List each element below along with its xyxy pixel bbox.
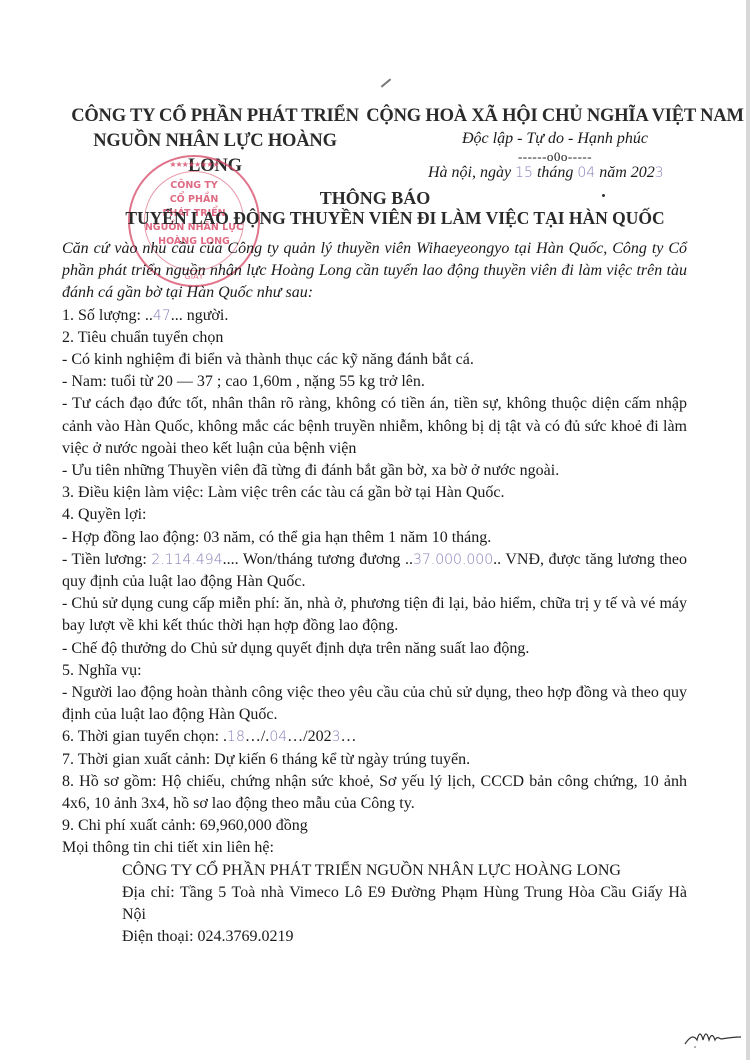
benefit-contract: - Hợp đồng lao động: 03 năm, có thể gia … xyxy=(62,527,687,549)
notice-subtitle: TUYỂN LAO ĐỘNG THUYỀN VIÊN ĐI LÀM VIỆC T… xyxy=(20,208,750,229)
contact-intro: Mọi thông tin chi tiết xin liên hệ: xyxy=(62,837,687,859)
selection-day-handwritten: 18 xyxy=(227,729,245,745)
date-month-handwritten: 04 xyxy=(577,165,595,181)
section-departure-cost: 9. Chi phí xuất cảnh: 69,960,000 đồng xyxy=(62,815,687,837)
section-working-conditions: 3. Điều kiện làm việc: Làm việc trên các… xyxy=(62,482,687,504)
section-selection-date: 6. Thời gian tuyển chọn: .18…/.04…/2023… xyxy=(62,726,687,748)
section-departure-time: 7. Thời gian xuất cảnh: Dự kiến 6 tháng … xyxy=(62,749,687,771)
signature-mark xyxy=(683,1028,743,1048)
contact-address: Địa chỉ: Tầng 5 Toà nhà Vimeco Lô E9 Đườ… xyxy=(62,882,687,926)
salary-vnd-handwritten: 37.000.000 xyxy=(413,552,493,568)
header-separator: ------o0o----- xyxy=(360,149,750,165)
date-month-label: tháng xyxy=(533,164,577,181)
salary-won-handwritten: 2.114.494 xyxy=(151,552,222,568)
benefit-salary: - Tiền lương: 2.114.494.... Won/tháng tư… xyxy=(62,549,687,593)
salary-mid: .... Won/tháng tương đương .. xyxy=(223,551,413,568)
national-header: CỘNG HOÀ XÃ HỘI CHỦ NGHĨA VIỆT NAM Độc l… xyxy=(360,104,750,165)
nation-title: CỘNG HOÀ XÃ HỘI CHỦ NGHĨA VIỆT NAM xyxy=(360,104,750,129)
obligation-item: - Người lao động hoàn thành công việc th… xyxy=(62,682,687,726)
quantity-suffix: ... người. xyxy=(171,307,229,324)
selection-year-handwritten: 3 xyxy=(332,729,341,745)
criteria-item: - Có kinh nghiệm đi biển và thành thục c… xyxy=(62,349,687,371)
date-sep: …/202 xyxy=(287,728,331,745)
contact-company: CÔNG TY CỔ PHẦN PHÁT TRIỂN NGUỒN NHÂN LỰ… xyxy=(62,860,687,882)
notice-body: Căn cứ vào nhu cầu của Công ty quản lý t… xyxy=(62,238,687,949)
national-motto: Độc lập - Tự do - Hạnh phúc xyxy=(360,129,750,149)
stamp-stars: ★★★★★★★★ xyxy=(130,160,258,169)
selection-month-handwritten: 04 xyxy=(269,729,287,745)
criteria-item: - Nam: tuổi từ 20 — 37 ; cao 1,60m , nặn… xyxy=(62,371,687,393)
salary-label: - Tiền lương: xyxy=(62,551,151,568)
contact-phone: Điện thoại: 024.3769.0219 xyxy=(62,926,687,948)
criteria-item: - Ưu tiên những Thuyền viên đã từng đi đ… xyxy=(62,460,687,482)
benefit-item: - Chế độ thưởng do Chủ sử dụng quyết địn… xyxy=(62,638,687,660)
date-day-handwritten: 15 xyxy=(515,165,533,181)
section-documents: 8. Hồ sơ gồm: Hộ chiếu, chứng nhận sức k… xyxy=(62,771,687,815)
quantity-label: 1. Số lượng: .. xyxy=(62,307,153,324)
quantity-handwritten: 47 xyxy=(153,308,171,324)
company-name-line1: CÔNG TY CỔ PHẦN PHÁT TRIỂN xyxy=(70,104,360,129)
intro-paragraph: Căn cứ vào nhu cầu của Công ty quản lý t… xyxy=(62,238,687,305)
section-benefits-title: 4. Quyền lợi: xyxy=(62,504,687,526)
benefit-item: - Chủ sử dụng cung cấp miễn phí: ăn, nhà… xyxy=(62,593,687,637)
date-prefix: Hà nội, ngày xyxy=(428,164,515,181)
date-year-handwritten: 3 xyxy=(655,165,664,181)
date-year-label: năm 202 xyxy=(595,164,655,181)
date-suffix: … xyxy=(341,728,357,745)
pen-mark xyxy=(381,78,391,87)
section-quantity: 1. Số lượng: ..47... người. xyxy=(62,305,687,327)
section-obligations-title: 5. Nghĩa vụ: xyxy=(62,660,687,682)
date-sep: …/. xyxy=(245,728,269,745)
document-date: Hà nội, ngày 15 tháng 04 năm 2023 xyxy=(428,164,664,182)
criteria-item: - Tư cách đạo đức tốt, nhân thân rõ ràng… xyxy=(62,393,687,460)
notice-title: THÔNG BÁO xyxy=(0,188,750,209)
selection-label: 6. Thời gian tuyển chọn: . xyxy=(62,728,227,745)
section-criteria-title: 2. Tiêu chuẩn tuyển chọn xyxy=(62,327,687,349)
